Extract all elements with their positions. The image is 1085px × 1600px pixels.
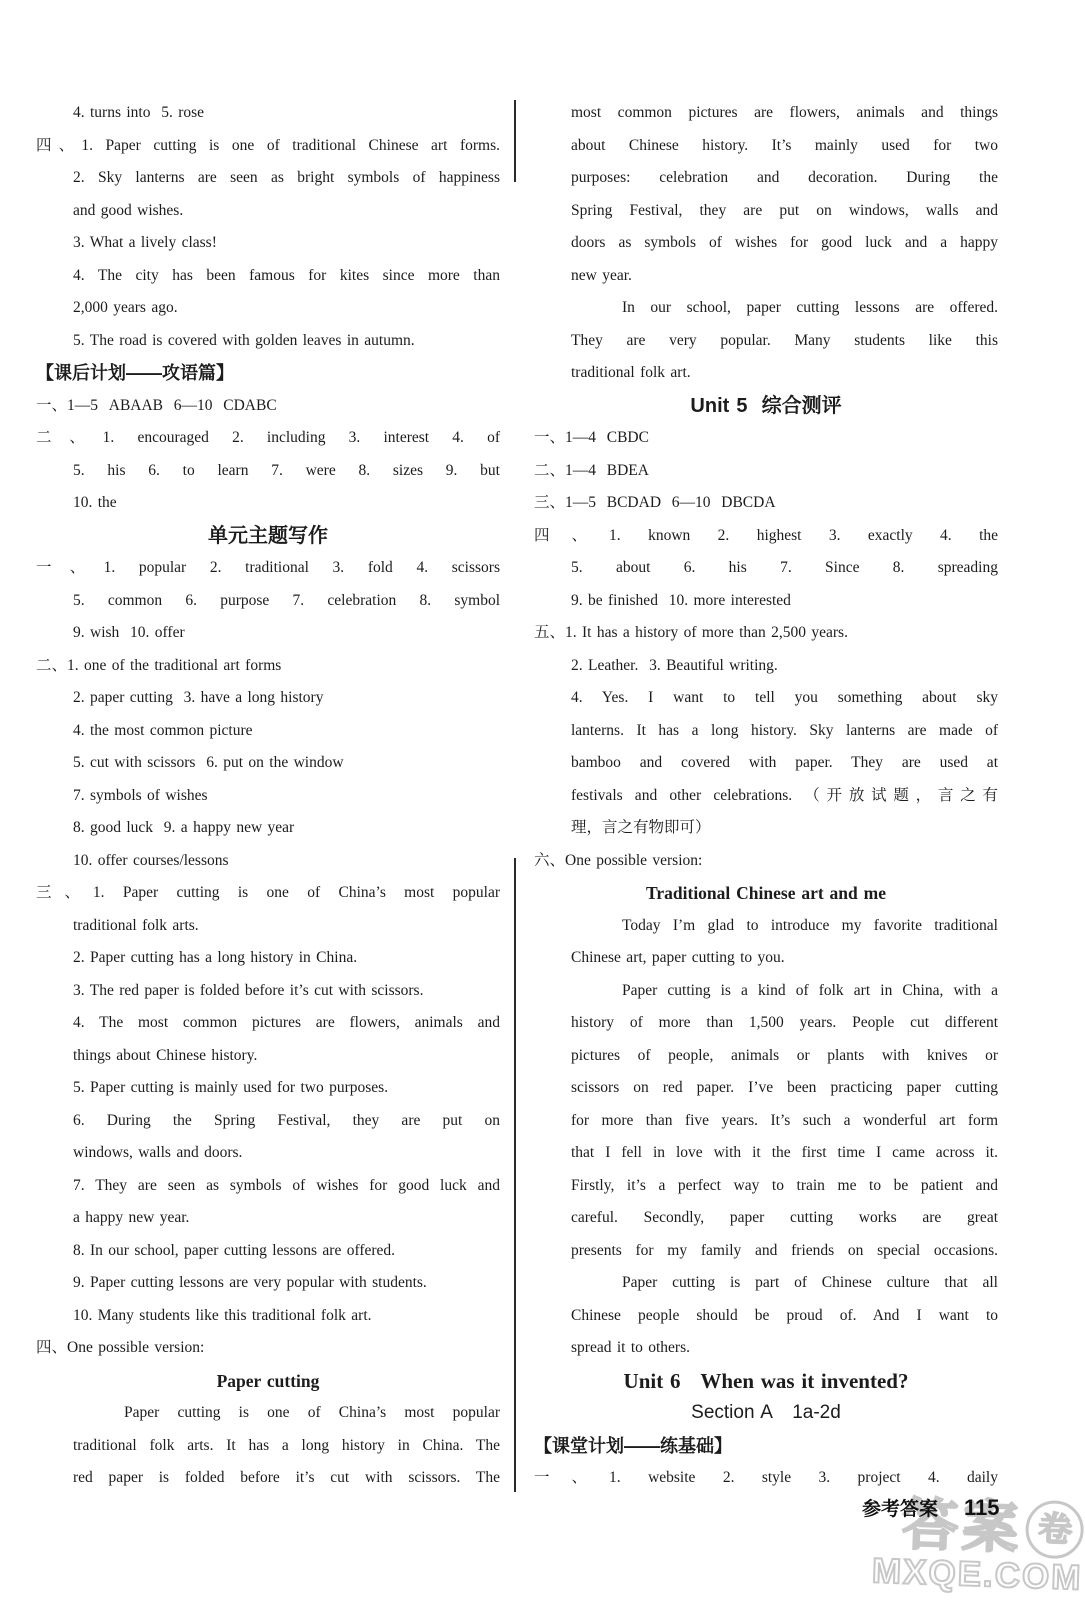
text-line: 二、1. encouraged 2. including 3. interest… [36,422,500,455]
text-line: traditional folk arts. It has a long his… [36,1430,500,1463]
text-line: 单元主题写作 [36,520,500,553]
text-line: red paper is folded before it’s cut with… [36,1462,500,1495]
text-line: 7. They are seen as symbols of wishes fo… [36,1170,500,1203]
watermark-badge: 卷 [1025,1500,1085,1560]
text-line: Unit 5 综合测评 [534,390,998,423]
text-line: presents for my family and friends on sp… [534,1235,998,1268]
text-line: 三、1. Paper cutting is one of China’s mos… [36,877,500,910]
text-line: 3. The red paper is folded before it’s c… [36,975,500,1008]
text-line: things about Chinese history. [36,1040,500,1073]
text-line: 三、1—5 BCDAD 6—10 DBCDA [534,487,998,520]
text-line: traditional folk arts. [36,910,500,943]
text-line: Paper cutting is part of Chinese culture… [534,1267,998,1300]
text-line: history of more than 1,500 years. People… [534,1007,998,1040]
text-line: In our school, paper cutting lessons are… [534,292,998,325]
text-line: Paper cutting [36,1365,500,1398]
scanned-answer-page: 4. turns into 5. rose四、1. Paper cutting … [0,0,1085,1600]
column-divider [514,100,516,182]
text-line: 理，言之有物即可） [534,812,998,845]
text-line: 四、One possible version: [36,1332,500,1365]
text-line: 2. Leather. 3. Beautiful writing. [534,650,998,683]
page-footer: 参考答案115 [862,1494,1000,1521]
text-line: about Chinese history. It’s mainly used … [534,130,998,163]
text-line: 4. the most common picture [36,715,500,748]
text-line: 10. the [36,487,500,520]
text-line: careful. Secondly, paper cutting works a… [534,1202,998,1235]
text-line: purposes: celebration and decoration. Du… [534,162,998,195]
text-line: 10. offer courses/lessons [36,845,500,878]
text-line: new year. [534,260,998,293]
text-line: 4. Yes. I want to tell you something abo… [534,682,998,715]
text-line: 10. Many students like this traditional … [36,1300,500,1333]
text-line: 一、1—4 CBDC [534,422,998,455]
text-line: Section A 1a-2d [534,1397,998,1430]
text-line: 二、1. one of the traditional art forms [36,650,500,683]
text-line: doors as symbols of wishes for good luck… [534,227,998,260]
text-line: 四、1. known 2. highest 3. exactly 4. the [534,520,998,553]
footer-page-label: 参考答案 [862,1499,938,1520]
text-line: 2. Sky lanterns are seen as bright symbo… [36,162,500,195]
text-line: Firstly, it’s a perfect way to train me … [534,1170,998,1203]
text-line: 五、1. It has a history of more than 2,500… [534,617,998,650]
text-line: festivals and other celebrations. （开放试题，… [534,780,998,813]
text-line: for more than five years. It’s such a wo… [534,1105,998,1138]
text-line: 3. What a lively class! [36,227,500,260]
left-column: 4. turns into 5. rose四、1. Paper cutting … [36,97,500,1495]
text-line: 二、1—4 BDEA [534,455,998,488]
text-line: 4. turns into 5. rose [36,97,500,130]
text-line: most common pictures are flowers, animal… [534,97,998,130]
text-line: 一、1—5 ABAAB 6—10 CDABC [36,390,500,423]
text-line: 2. Paper cutting has a long history in C… [36,942,500,975]
text-line: 9. Paper cutting lessons are very popula… [36,1267,500,1300]
text-line: 六、One possible version: [534,845,998,878]
text-line: traditional folk art. [534,357,998,390]
text-line: Chinese people should be proud of. And I… [534,1300,998,1333]
text-line: 6. During the Spring Festival, they are … [36,1105,500,1138]
text-line: spread it to others. [534,1332,998,1365]
text-line: Spring Festival, they are put on windows… [534,195,998,228]
text-line: scissors on red paper. I’ve been practic… [534,1072,998,1105]
text-line: 9. be finished 10. more interested [534,585,998,618]
text-line: 9. wish 10. offer [36,617,500,650]
text-line: Paper cutting is a kind of folk art in C… [534,975,998,1008]
text-line: a happy new year. [36,1202,500,1235]
text-line: 5. about 6. his 7. Since 8. spreading [534,552,998,585]
text-line: Unit 6 When was it invented? [534,1365,998,1398]
text-line: 8. good luck 9. a happy new year [36,812,500,845]
text-line: 4. The city has been famous for kites si… [36,260,500,293]
text-line: lanterns. It has a long history. Sky lan… [534,715,998,748]
text-line: Today I’m glad to introduce my favorite … [534,910,998,943]
column-divider [514,858,516,1492]
text-line: 5. The road is covered with golden leave… [36,325,500,358]
text-line: Chinese art, paper cutting to you. [534,942,998,975]
text-line: Paper cutting is one of China’s most pop… [36,1397,500,1430]
text-line: 7. symbols of wishes [36,780,500,813]
watermark-site: MXQE.COM [871,1552,1083,1597]
text-line: 四、1. Paper cutting is one of traditional… [36,130,500,163]
text-line: that I fell in love with it the first ti… [534,1137,998,1170]
text-line: Traditional Chinese art and me [534,877,998,910]
text-line: 【课后计划——攻语篇】 [36,357,500,390]
text-line: They are very popular. Many students lik… [534,325,998,358]
text-line: 5. cut with scissors 6. put on the windo… [36,747,500,780]
text-line: 【课堂计划——练基础】 [534,1430,998,1463]
text-line: and good wishes. [36,195,500,228]
footer-page-number: 115 [964,1495,1000,1520]
text-line: 一、1. website 2. style 3. project 4. dail… [534,1462,998,1495]
text-line: 5. his 6. to learn 7. were 8. sizes 9. b… [36,455,500,488]
text-line: windows, walls and doors. [36,1137,500,1170]
text-line: 2,000 years ago. [36,292,500,325]
text-line: bamboo and covered with paper. They are … [534,747,998,780]
right-column: most common pictures are flowers, animal… [534,97,998,1495]
text-line: 2. paper cutting 3. have a long history [36,682,500,715]
text-line: 5. common 6. purpose 7. celebration 8. s… [36,585,500,618]
text-line: 8. In our school, paper cutting lessons … [36,1235,500,1268]
text-line: 一、1. popular 2. traditional 3. fold 4. s… [36,552,500,585]
text-line: 4. The most common pictures are flowers,… [36,1007,500,1040]
text-line: pictures of people, animals or plants wi… [534,1040,998,1073]
text-line: 5. Paper cutting is mainly used for two … [36,1072,500,1105]
